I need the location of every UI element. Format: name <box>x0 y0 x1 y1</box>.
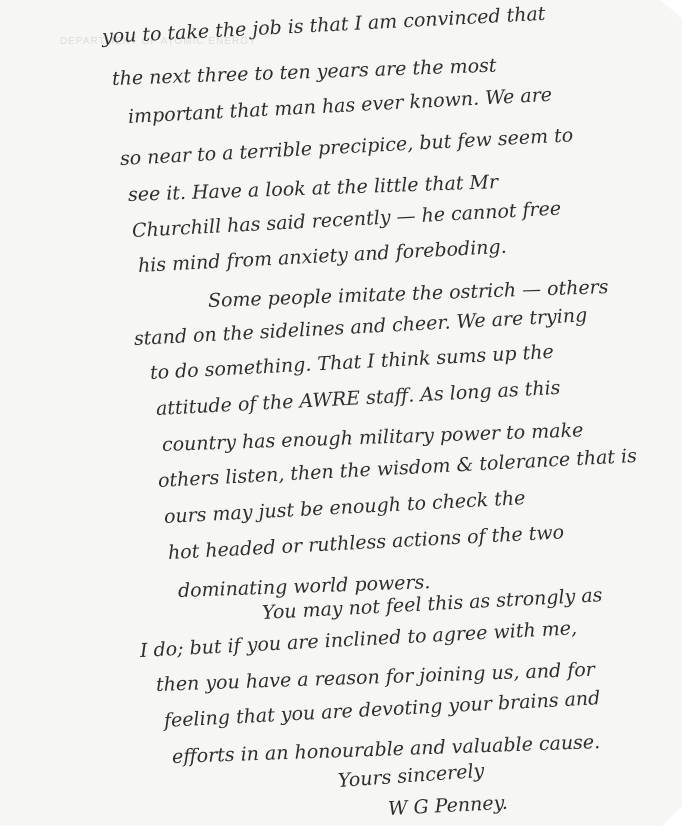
letter-line: to do something. That I think sums up th… <box>149 341 554 384</box>
letter-line: hot headed or ruthless actions of the tw… <box>167 521 564 564</box>
letter-line: so near to a terrible precipice, but few… <box>119 124 573 170</box>
letter-line: I do; but if you are inclined to agree w… <box>139 617 577 662</box>
letter-line: ours may just be enough to check the <box>163 487 525 528</box>
letter-line: see it. Have a look at the little that M… <box>128 171 499 206</box>
letter-line: you to take the job is that I am convinc… <box>101 3 546 48</box>
letter-closing: Yours sincerely <box>337 760 485 792</box>
letter-page: DEPARTMENT OF ATOMIC ENERGY you to take … <box>0 0 682 826</box>
letter-line: attitude of the AWRE staff. As long as t… <box>155 377 561 420</box>
letter-line: feeling that you are devoting your brain… <box>163 687 600 732</box>
letter-line: important that man has ever known. We ar… <box>127 84 552 128</box>
letter-signature: W G Penney. <box>387 792 508 820</box>
letter-line: his mind from anxiety and foreboding. <box>137 236 507 277</box>
letter-line: efforts in an honourable and valuable ca… <box>172 731 601 768</box>
letter-line: the next three to ten years are the most <box>112 55 497 90</box>
